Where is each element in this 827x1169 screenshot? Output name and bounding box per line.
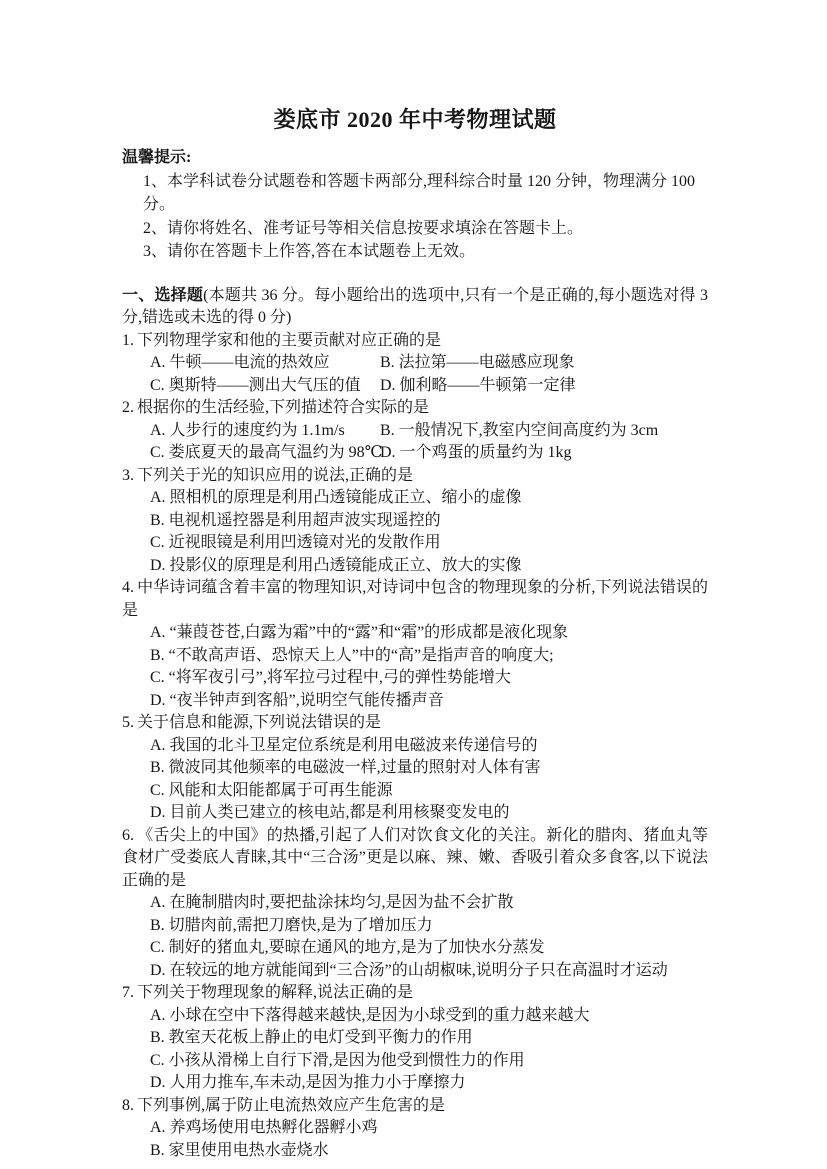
question-number: 5. (122, 714, 134, 731)
option-d: D. 人用力推车,车未动,是因为推力小于摩擦力 (150, 1072, 708, 1095)
question-1-stem: 1.下列物理学家和他的主要贡献对应正确的是 (122, 330, 708, 353)
notice-item-3: 3、请你在答题卡上作答,答在本试题卷上无效。 (122, 240, 708, 264)
option-b: B. 教室天花板上静止的电灯受到平衡力的作用 (150, 1027, 708, 1050)
question-2-options: A. 人步行的速度约为 1.1m/s B. 一般情况下,教室内空间高度约为 3c… (122, 420, 708, 465)
notice-heading: 温馨提示: (122, 146, 708, 170)
question-number: 4. (122, 579, 134, 596)
option-a: A. 小球在空中下落得越来越快,是因为小球受到的重力越来越大 (150, 1005, 708, 1028)
question-1: 1.下列物理学家和他的主要贡献对应正确的是 A. 牛顿——电流的热效应 B. 法… (122, 330, 708, 398)
page-title: 娄底市 2020 年中考物理试题 (122, 104, 708, 136)
question-stem-text: 下列事例,属于防止电流热效应产生危害的是 (137, 1097, 445, 1114)
question-5-options: A. 我国的北斗卫星定位系统是利用电磁波来传递信号的 B. 微波同其他频率的电磁… (122, 735, 708, 825)
option-b: B. 电视机遥控器是利用超声波实现遥控的 (150, 510, 708, 533)
option-a: A. 人步行的速度约为 1.1m/s (150, 420, 380, 443)
question-2-stem: 2.根据你的生活经验,下列描述符合实际的是 (122, 397, 708, 420)
option-d: D. 投影仪的原理是利用凸透镜能成正立、放大的实像 (150, 555, 708, 578)
option-c: C. 近视眼镜是利用凹透镜对光的发散作用 (150, 532, 708, 555)
question-number: 2. (122, 399, 134, 416)
question-stem-text: 关于信息和能源,下列说法错误的是 (137, 714, 381, 731)
question-number: 3. (122, 467, 134, 484)
option-c: C. 风能和太阳能都属于可再生能源 (150, 780, 708, 803)
question-5-stem: 5.关于信息和能源,下列说法错误的是 (122, 712, 708, 735)
option-b: B. 法拉第——电磁感应现象 (380, 352, 708, 375)
option-b: B. 家里使用电热水壶烧水 (150, 1140, 708, 1163)
question-8-stem: 8.下列事例,属于防止电流热效应产生危害的是 (122, 1095, 708, 1118)
question-6: 6.《舌尖上的中国》的热播,引起了人们对饮食文化的关注。新化的腊肉、猪血丸等食材… (122, 825, 708, 983)
question-7-stem: 7.下列关于物理现象的解释,说法正确的是 (122, 982, 708, 1005)
question-number: 7. (122, 984, 134, 1001)
option-c: C. 小孩从滑梯上自行下滑,是因为他受到惯性力的作用 (150, 1050, 708, 1073)
question-4-stem: 4.中华诗词蕴含着丰富的物理知识,对诗词中包含的物理现象的分析,下列说法错误的是 (122, 577, 708, 622)
exam-content: 娄底市 2020 年中考物理试题 温馨提示: 1、本学科试卷分试题卷和答题卡两部… (122, 104, 708, 1162)
question-7: 7.下列关于物理现象的解释,说法正确的是 A. 小球在空中下落得越来越快,是因为… (122, 982, 708, 1095)
question-6-stem: 6.《舌尖上的中国》的热播,引起了人们对饮食文化的关注。新化的腊肉、猪血丸等食材… (122, 825, 708, 893)
section-heading: 一、选择题(本题共 36 分。每小题给出的选项中,只有一个是正确的,每小题选对得… (122, 285, 708, 330)
question-2: 2.根据你的生活经验,下列描述符合实际的是 A. 人步行的速度约为 1.1m/s… (122, 397, 708, 465)
question-3-stem: 3.下列关于光的知识应用的说法,正确的是 (122, 465, 708, 488)
option-b: B. 微波同其他频率的电磁波一样,过量的照射对人体有害 (150, 757, 708, 780)
question-number: 1. (122, 332, 134, 349)
option-a: A. 照相机的原理是利用凸透镜能成正立、缩小的虚像 (150, 487, 708, 510)
option-d: D. 目前人类已建立的核电站,都是利用核聚变发电的 (150, 802, 708, 825)
option-a: A. 牛顿——电流的热效应 (150, 352, 380, 375)
question-stem-text: 下列物理学家和他的主要贡献对应正确的是 (137, 332, 441, 349)
option-c: C. 奥斯特——测出大气压的值 (150, 375, 380, 398)
question-1-options: A. 牛顿——电流的热效应 B. 法拉第——电磁感应现象 C. 奥斯特——测出大… (122, 352, 708, 397)
question-5: 5.关于信息和能源,下列说法错误的是 A. 我国的北斗卫星定位系统是利用电磁波来… (122, 712, 708, 825)
question-3: 3.下列关于光的知识应用的说法,正确的是 A. 照相机的原理是利用凸透镜能成正立… (122, 465, 708, 578)
option-c: C. “将军夜引弓”,将军拉弓过程中,弓的弹性势能增大 (150, 667, 708, 690)
option-a: A. 我国的北斗卫星定位系统是利用电磁波来传递信号的 (150, 735, 708, 758)
question-stem-text: 《舌尖上的中国》的热播,引起了人们对饮食文化的关注。新化的腊肉、猪血丸等食材广受… (122, 827, 708, 889)
option-b: B. 一般情况下,教室内空间高度约为 3cm (380, 420, 708, 443)
question-7-options: A. 小球在空中下落得越来越快,是因为小球受到的重力越来越大 B. 教室天花板上… (122, 1005, 708, 1095)
question-stem-text: 下列关于光的知识应用的说法,正确的是 (137, 467, 413, 484)
notice-section: 温馨提示: 1、本学科试卷分试题卷和答题卡两部分,理科综合时量 120 分钟，物… (122, 146, 708, 264)
option-d: D. 伽利略——牛顿第一定律 (380, 375, 708, 398)
question-4-options: A. “蒹葭苍苍,白露为霜”中的“露”和“霜”的形成都是液化现象 B. “不敢高… (122, 622, 708, 712)
option-d: D. “夜半钟声到客船”,说明空气能传播声音 (150, 690, 708, 713)
option-a: A. “蒹葭苍苍,白露为霜”中的“露”和“霜”的形成都是液化现象 (150, 622, 708, 645)
option-c: C. 制好的猪血丸,要晾在通风的地方,是为了加快水分蒸发 (150, 937, 708, 960)
question-3-options: A. 照相机的原理是利用凸透镜能成正立、缩小的虚像 B. 电视机遥控器是利用超声… (122, 487, 708, 577)
question-8: 8.下列事例,属于防止电流热效应产生危害的是 A. 养鸡场使用电热孵化器孵小鸡 … (122, 1095, 708, 1163)
question-number: 6. (122, 827, 134, 844)
question-8-options: A. 养鸡场使用电热孵化器孵小鸡 B. 家里使用电热水壶烧水 (122, 1117, 708, 1162)
option-d: D. 在较远的地方就能闻到“三合汤”的山胡椒味,说明分子只在高温时才运动 (150, 960, 708, 983)
question-stem-text: 中华诗词蕴含着丰富的物理知识,对诗词中包含的物理现象的分析,下列说法错误的是 (122, 579, 708, 619)
option-a: A. 在腌制腊肉时,要把盐涂抹均匀,是因为盐不会扩散 (150, 892, 708, 915)
question-number: 8. (122, 1097, 134, 1114)
question-6-options: A. 在腌制腊肉时,要把盐涂抹均匀,是因为盐不会扩散 B. 切腊肉前,需把刀磨快… (122, 892, 708, 982)
question-4: 4.中华诗词蕴含着丰富的物理知识,对诗词中包含的物理现象的分析,下列说法错误的是… (122, 577, 708, 712)
notice-item-2: 2、请你将姓名、准考证号等相关信息按要求填涂在答题卡上。 (122, 217, 708, 241)
option-d: D. 一个鸡蛋的质量约为 1kg (380, 442, 708, 465)
question-stem-text: 下列关于物理现象的解释,说法正确的是 (137, 984, 413, 1001)
notice-item-1: 1、本学科试卷分试题卷和答题卡两部分,理科综合时量 120 分钟，物理满分 10… (122, 170, 708, 217)
option-b: B. “不敢高声语、恐惊天上人”中的“高”是指声音的响度大; (150, 645, 708, 668)
option-a: A. 养鸡场使用电热孵化器孵小鸡 (150, 1117, 708, 1140)
question-stem-text: 根据你的生活经验,下列描述符合实际的是 (137, 399, 429, 416)
exam-paper-page: 娄底市 2020 年中考物理试题 温馨提示: 1、本学科试卷分试题卷和答题卡两部… (0, 0, 827, 1169)
option-c: C. 娄底夏天的最高气温约为 98℃ (150, 442, 380, 465)
section-description: (本题共 36 分。每小题给出的选项中,只有一个是正确的,每小题选对得 3 分,… (122, 287, 708, 327)
section-label: 一、选择题 (122, 287, 203, 304)
option-b: B. 切腊肉前,需把刀磨快,是为了增加压力 (150, 915, 708, 938)
